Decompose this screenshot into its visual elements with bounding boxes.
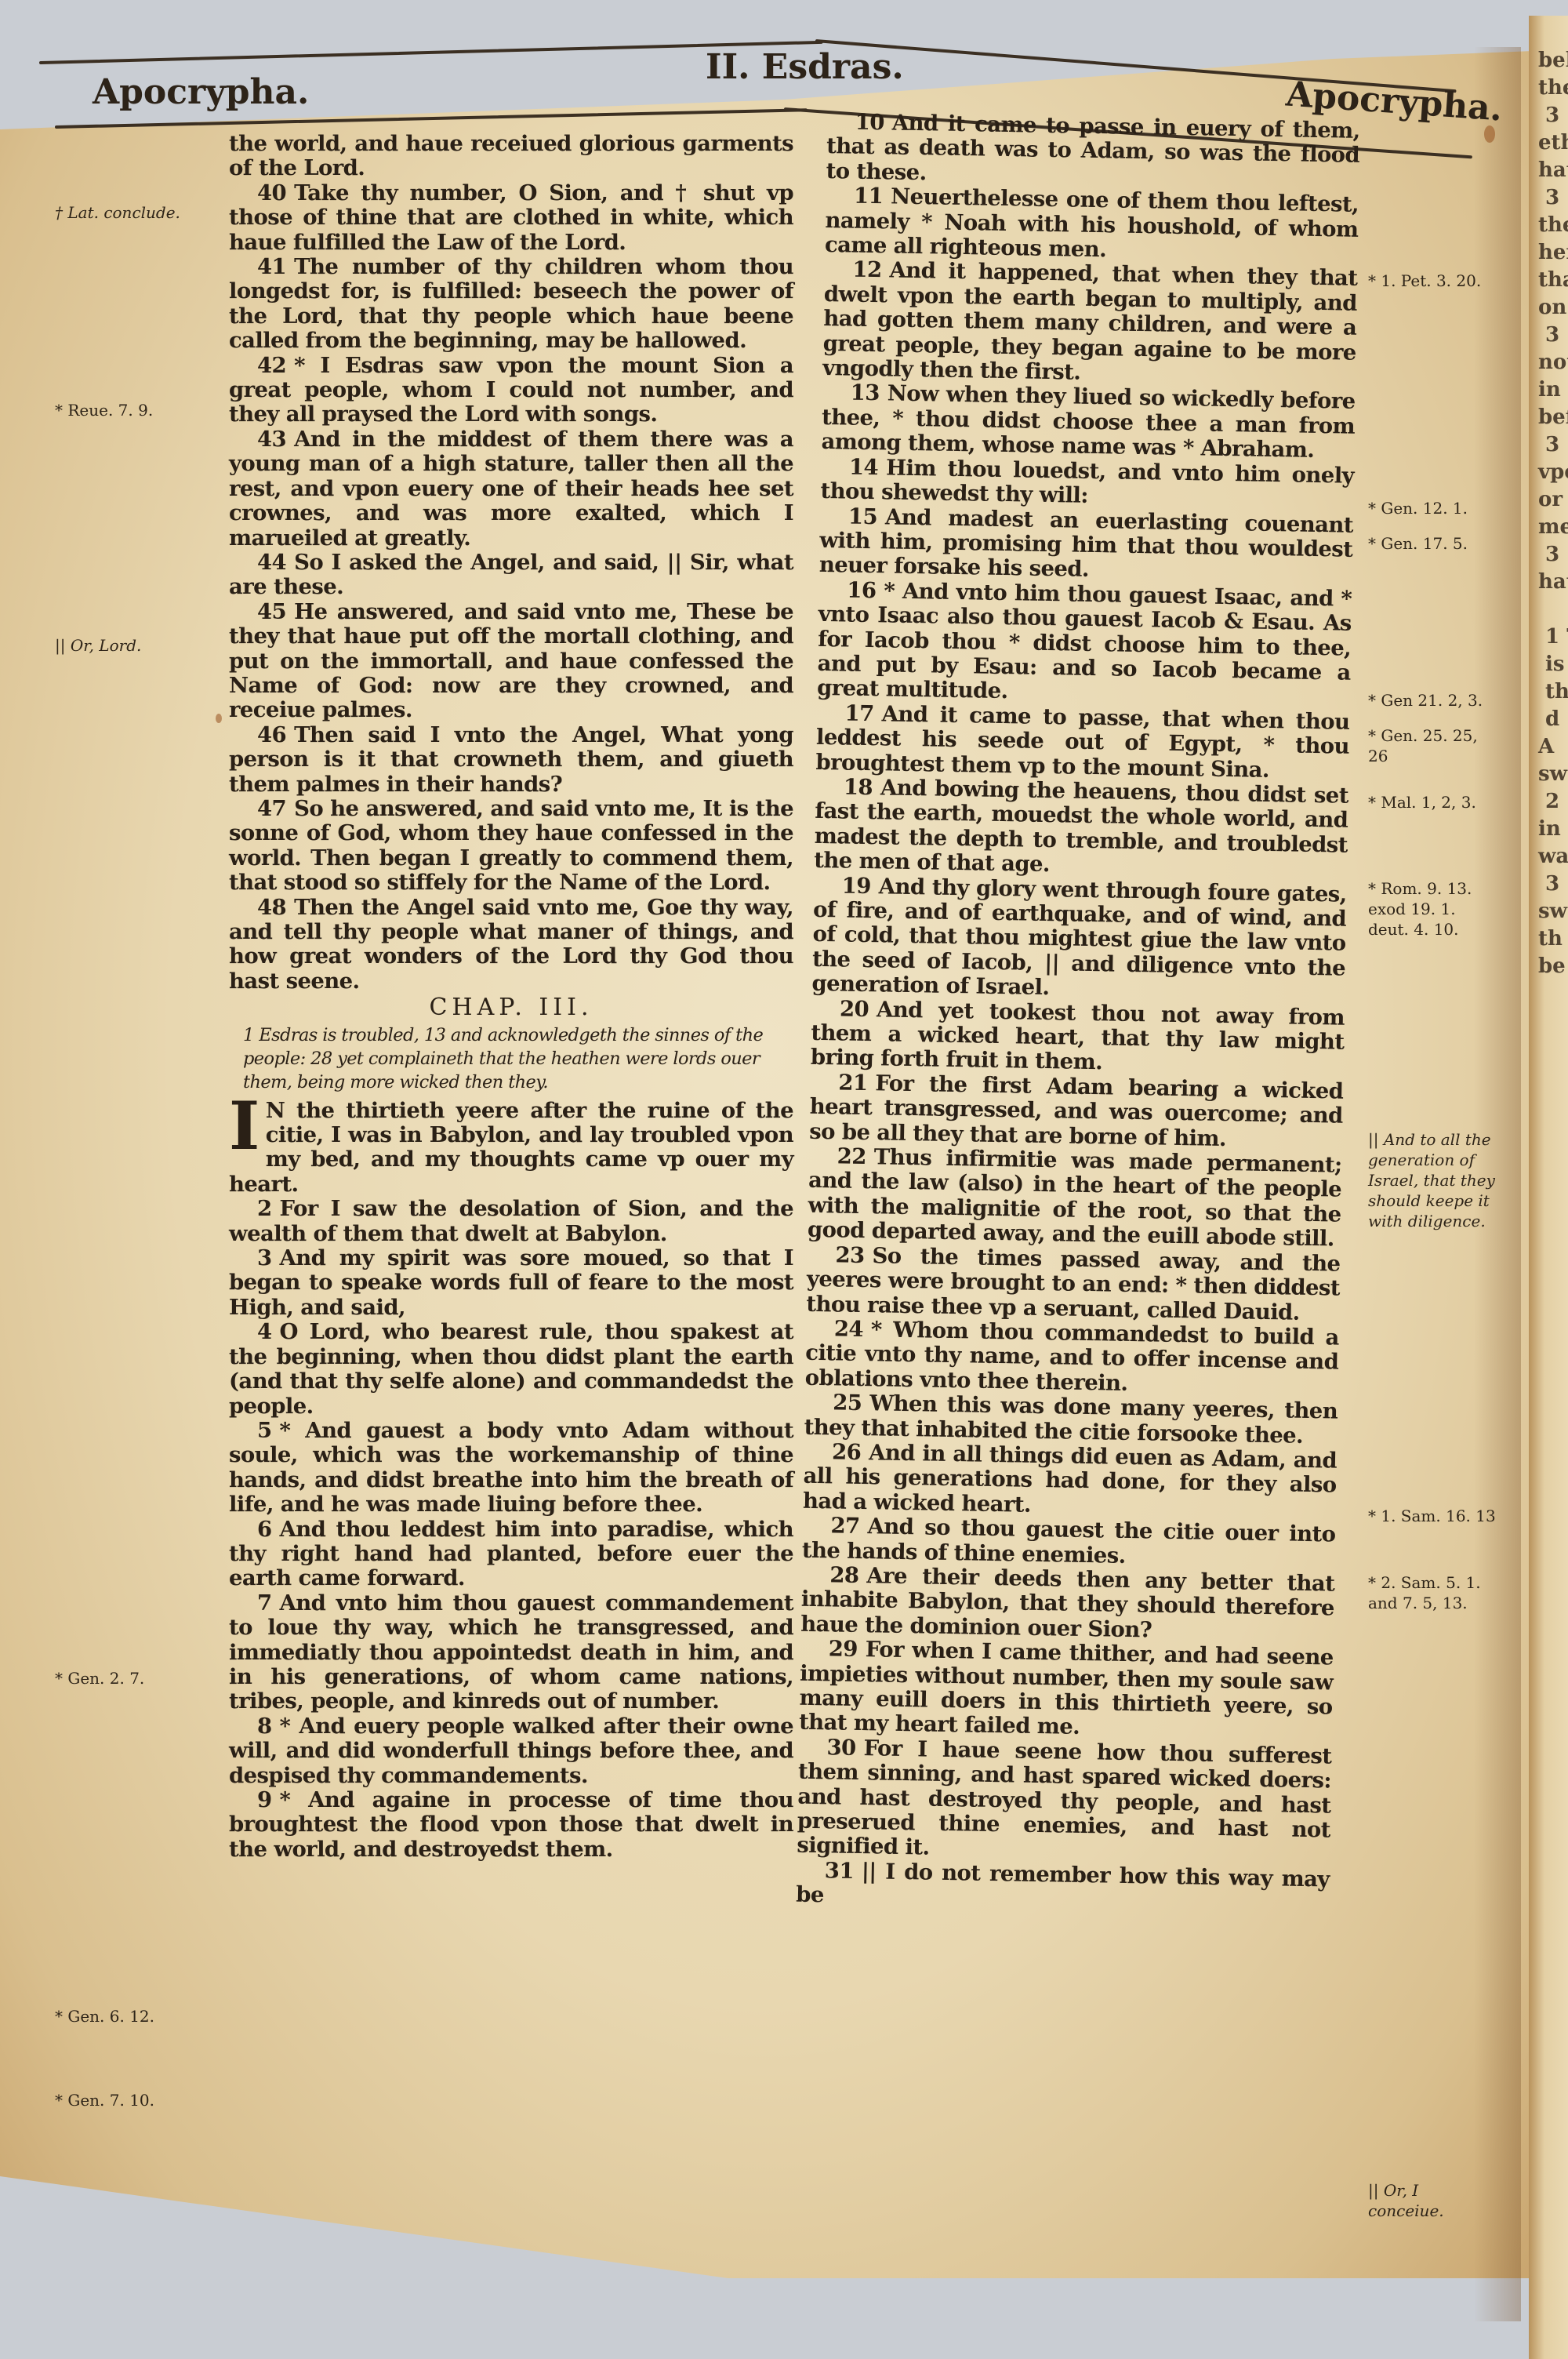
- verse-text: || I do not remember how this way may be: [796, 1859, 1330, 1908]
- verse: 19And thy glory went through foure gates…: [811, 873, 1347, 1005]
- verse-number: 9: [257, 1787, 272, 1812]
- margin-note: * Gen. 2. 7.: [55, 1668, 212, 1688]
- verse: the world, and haue receiued glorious ga…: [229, 132, 793, 181]
- verse-number: 20: [840, 996, 869, 1022]
- verse-number: 40: [257, 180, 286, 205]
- verse-text: Thus infirmitie was made permanent; and …: [808, 1144, 1342, 1251]
- verse-number: 11: [854, 184, 884, 209]
- margin-note: * 1. Sam. 16. 13: [1368, 1506, 1497, 1526]
- verse-text: So he answered, and said vnto me, It is …: [229, 796, 793, 895]
- verse-text: Neuerthelesse one of them thou leftest, …: [825, 184, 1359, 263]
- right-text-column: 10And it came to passe in euery of them,…: [796, 110, 1360, 1917]
- verse-text: When this was done many yeeres, then the…: [804, 1390, 1338, 1448]
- verse-text: And madest an euerlasting couenant with …: [819, 504, 1354, 582]
- verse-number: 8: [257, 1714, 272, 1739]
- margin-note: * Gen. 6. 12.: [55, 2006, 212, 2026]
- verse-number: 45: [257, 599, 286, 624]
- verse-number: 17: [844, 700, 874, 726]
- verse-number: 44: [257, 550, 286, 575]
- verse-number: 5: [257, 1418, 272, 1443]
- verse-number: 2: [257, 1196, 272, 1221]
- book-title: II. Esdras.: [706, 47, 904, 87]
- verse-number: 30: [826, 1735, 856, 1761]
- verse-number: 24: [834, 1316, 864, 1342]
- verse: 2For I saw the desolation of Sion, and t…: [229, 1197, 793, 1246]
- verse: 5* And gauest a body vnto Adam without s…: [229, 1419, 793, 1518]
- verse: 8* And euery people walked after their o…: [229, 1714, 793, 1788]
- margin-note: || Or, I conceiue.: [1368, 2180, 1497, 2221]
- margin-note: * Gen. 25. 25, 26: [1368, 725, 1497, 766]
- verse-number: 19: [841, 873, 871, 899]
- verse-text: And vnto him thou gauest commandement to…: [229, 1590, 793, 1714]
- verse: 22Thus infirmitie was made permanent; an…: [808, 1144, 1342, 1252]
- verse-number: 42: [257, 353, 286, 378]
- verse-text: For I saw the desolation of Sion, and th…: [229, 1196, 793, 1245]
- verse-number: 7: [257, 1590, 272, 1616]
- verse-text: * And euery people walked after their ow…: [229, 1714, 793, 1788]
- verse-number: 18: [844, 774, 873, 800]
- verse-text: And it happened, that when they that dwe…: [822, 258, 1358, 385]
- left-text-column: the world, and haue receiued glorious ga…: [229, 132, 793, 1862]
- running-title-left: Apocrypha.: [93, 72, 309, 112]
- verse: 29For when I came thither, and had seene…: [799, 1637, 1334, 1744]
- verse-text: So the times passed away, and the yeeres…: [806, 1243, 1341, 1325]
- chapter-verse-list: IN the thirtieth yeere after the ruine o…: [229, 1099, 793, 1863]
- verse: 31|| I do not remember how this way may …: [796, 1859, 1330, 1917]
- facing-page-text-fragments: bele they 3 eth hath 3 the here that on …: [1538, 47, 1568, 980]
- verse-text: And yet tookest thou not away from them …: [811, 997, 1345, 1075]
- margin-note: * Gen. 7. 10.: [55, 2090, 212, 2110]
- verse-text: And thy glory went through foure gates, …: [811, 874, 1347, 1000]
- verse-text: Then said I vnto the Angel, What yong pe…: [229, 722, 793, 797]
- margin-note: * Gen 21. 2, 3.: [1368, 690, 1497, 711]
- drop-cap: I: [229, 1102, 260, 1150]
- verse-number: 13: [850, 380, 880, 406]
- verse-text: Now when they liued so wickedly before t…: [821, 381, 1356, 463]
- verse-number: 16: [847, 577, 877, 603]
- verse-text: For when I came thither, and had seene i…: [799, 1637, 1334, 1739]
- verse-number: 31: [825, 1858, 855, 1884]
- verse-text: And in the middest of them there was a y…: [229, 427, 793, 551]
- verse: 26And in all things did euen as Adam, an…: [803, 1440, 1338, 1523]
- verse-text: * And vnto him thou gauest Isaac, and * …: [817, 578, 1352, 703]
- verse-text: N the thirtieth yeere after the ruine of…: [229, 1098, 793, 1197]
- margin-note: * Mal. 1, 2, 3.: [1368, 792, 1497, 812]
- verse: 4O Lord, who bearest rule, thou spakest …: [229, 1320, 793, 1419]
- verse: 28Are their deeds then any better that i…: [800, 1563, 1335, 1646]
- verse: 17And it came to passe, that when thou l…: [815, 701, 1350, 784]
- chapter-heading: CHAP. III.: [229, 995, 793, 1020]
- verse: 18And bowing the heauens, thou didst set…: [814, 775, 1348, 882]
- verse-text: O Lord, who bearest rule, thou spakest a…: [229, 1319, 793, 1418]
- verse-text: And bowing the heauens, thou didst set f…: [814, 775, 1348, 877]
- margin-note: † Lat. conclude.: [55, 202, 212, 223]
- verse-number: 41: [257, 254, 286, 279]
- verse-text: * I Esdras saw vpon the mount Sion a gre…: [229, 353, 793, 427]
- verse: 40Take thy number, O Sion, and † shut vp…: [229, 181, 793, 255]
- margin-note: * Gen. 17. 5.: [1368, 533, 1497, 554]
- verse: 48Then the Angel said vnto me, Goe thy w…: [229, 896, 793, 994]
- verse: 7And vnto him thou gauest commandement t…: [229, 1591, 793, 1714]
- verse-list: the world, and haue receiued glorious ga…: [229, 132, 793, 994]
- verse: IN the thirtieth yeere after the ruine o…: [229, 1099, 793, 1198]
- verse-number: 23: [835, 1242, 865, 1268]
- verse-text: And it came to passe in euery of them, t…: [826, 110, 1360, 185]
- verse-number: 3: [257, 1245, 272, 1270]
- verse-text: * And againe in processe of time thou br…: [229, 1787, 793, 1862]
- verse: 15And madest an euerlasting couenant wit…: [819, 503, 1354, 587]
- verse: 11Neuerthelesse one of them thou leftest…: [825, 184, 1359, 267]
- verse-number: 43: [257, 427, 286, 452]
- verse-text: The number of thy children whom thou lon…: [229, 254, 793, 353]
- verse: 24* Whom thou commandedst to build a cit…: [804, 1317, 1339, 1400]
- margin-note: * 1. Pet. 3. 20.: [1368, 271, 1497, 291]
- verse-number: 47: [257, 796, 286, 821]
- margin-note: || Or, Lord.: [55, 635, 212, 656]
- verse-number: 46: [257, 722, 286, 747]
- foxing-spot: [216, 714, 222, 723]
- verse-text: And my spirit was sore moued, so that I …: [229, 1245, 793, 1320]
- verse: 30For I haue seene how thou sufferest th…: [797, 1735, 1332, 1867]
- verse: 43And in the middest of them there was a…: [229, 427, 793, 551]
- verse: 6And thou leddest him into paradise, whi…: [229, 1518, 793, 1591]
- verse: 20And yet tookest thou not away from the…: [811, 996, 1345, 1079]
- verse: 9* And againe in processe of time thou b…: [229, 1788, 793, 1862]
- margin-note: * Gen. 12. 1.: [1368, 498, 1497, 518]
- verse-number: 14: [849, 454, 879, 480]
- verse-text: Take thy number, O Sion, and † shut vp t…: [229, 180, 793, 255]
- verse-number: 10: [855, 110, 884, 136]
- verse: 10And it came to passe in euery of them,…: [826, 110, 1360, 193]
- margin-note: * 2. Sam. 5. 1. and 7. 5, 13.: [1368, 1572, 1497, 1613]
- verse-number: 48: [257, 895, 286, 920]
- verse-number: 6: [257, 1517, 272, 1542]
- verse-number: 28: [829, 1562, 859, 1588]
- verse-text: Him thou louedst, and vnto him onely tho…: [820, 455, 1354, 508]
- facing-page-edge: bele they 3 eth hath 3 the here that on …: [1529, 16, 1568, 2359]
- verse: 3And my spirit was sore moued, so that I…: [229, 1246, 793, 1320]
- verse-text: For I haue seene how thou sufferest them…: [797, 1736, 1332, 1860]
- verse-text: * Whom thou commandedst to build a citie…: [805, 1317, 1340, 1396]
- verse-text: So I asked the Angel, and said, || Sir, …: [229, 550, 793, 599]
- verse-text: For the first Adam bearing a wicked hear…: [809, 1070, 1344, 1151]
- verse: 16* And vnto him thou gauest Isaac, and …: [817, 578, 1352, 711]
- verse-number: 22: [837, 1143, 866, 1169]
- verse-number: 29: [828, 1637, 858, 1663]
- verse-number: 12: [852, 257, 882, 283]
- verse: 44So I asked the Angel, and said, || Sir…: [229, 551, 793, 600]
- verse-text: And it came to passe, that when thou led…: [815, 701, 1350, 782]
- verse: 21For the first Adam bearing a wicked he…: [809, 1070, 1344, 1154]
- verse-list: 10And it came to passe in euery of them,…: [796, 110, 1360, 1917]
- verse-text: Are their deeds then any better that inh…: [800, 1563, 1335, 1642]
- verse-text: And in all things did euen as Adam, and …: [803, 1440, 1338, 1517]
- verse: 13Now when they liued so wickedly before…: [821, 380, 1356, 463]
- verse-text: the world, and haue receiued glorious ga…: [229, 131, 793, 180]
- verse: 23So the times passed away, and the yeer…: [806, 1242, 1341, 1325]
- verse: 47So he answered, and said vnto me, It i…: [229, 797, 793, 896]
- margin-note: || And to all the generation of Israel, …: [1368, 1129, 1497, 1231]
- verse-number: 27: [830, 1514, 860, 1539]
- margin-note: * Rom. 9. 13. exod 19. 1. deut. 4. 10.: [1368, 878, 1497, 940]
- verse-text: And thou leddest him into paradise, whic…: [229, 1517, 793, 1591]
- margin-note: * Reue. 7. 9.: [55, 400, 212, 420]
- verse-number: 25: [833, 1390, 862, 1416]
- verse-number: 4: [257, 1319, 272, 1344]
- verse: 45He answered, and said vnto me, These b…: [229, 600, 793, 723]
- verse-number: 15: [848, 503, 878, 529]
- foxing-spot: [1484, 125, 1495, 143]
- verse-number: 21: [838, 1070, 868, 1096]
- verse: 41The number of thy children whom thou l…: [229, 255, 793, 354]
- verse-text: He answered, and said vnto me, These be …: [229, 599, 793, 723]
- verse: 42* I Esdras saw vpon the mount Sion a g…: [229, 354, 793, 427]
- verse-text: Then the Angel said vnto me, Goe thy way…: [229, 895, 793, 994]
- verse-text: * And gauest a body vnto Adam without so…: [229, 1418, 793, 1517]
- verse-text: And so thou gauest the citie ouer into t…: [802, 1514, 1336, 1568]
- verse-number: 26: [832, 1439, 862, 1465]
- verse: 46Then said I vnto the Angel, What yong …: [229, 723, 793, 797]
- verse: 12And it happened, that when they that d…: [822, 257, 1358, 390]
- chapter-summary: 1 Esdras is troubled, 13 and acknowledge…: [229, 1023, 793, 1094]
